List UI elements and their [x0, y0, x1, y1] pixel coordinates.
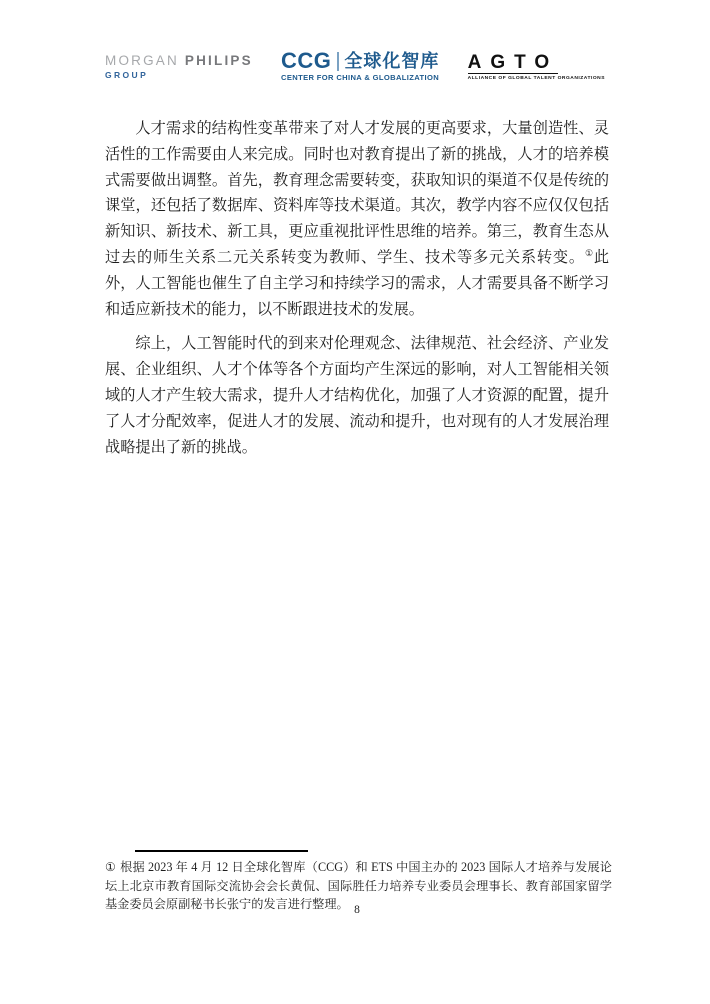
paragraph-1-text: 人才需求的结构性变革带来了对人才发展的更高要求，大量创造性、灵活性的工作需要由人… [105, 120, 609, 266]
ccg-divider-bar [337, 52, 339, 71]
paragraph-1: 人才需求的结构性变革带来了对人才发展的更高要求，大量创造性、灵活性的工作需要由人… [105, 116, 609, 322]
ccg-logo: CCG 全球化智库 CENTER FOR CHINA & GLOBALIZATI… [281, 46, 439, 82]
header-logos: MORGAN PHILIPS GROUP CCG 全球化智库 CENTER FO… [105, 46, 605, 90]
ccg-acronym-text: CCG [281, 50, 331, 72]
ccg-chinese-name: 全球化智库 [344, 52, 439, 70]
footnote-marker: ① [105, 860, 116, 874]
agto-acronym-text: AGTO [468, 53, 559, 74]
ccg-wordmark: CCG 全球化智库 [281, 50, 439, 72]
ccg-english-name: CENTER FOR CHINA & GLOBALIZATION [281, 74, 439, 82]
document-page: MORGAN PHILIPS GROUP CCG 全球化智库 CENTER FO… [0, 0, 710, 1004]
morgan-philips-group-text: GROUP [105, 71, 253, 80]
morgan-philips-wordmark: MORGAN PHILIPS [105, 54, 253, 68]
page-number: 8 [105, 904, 609, 916]
morgan-philips-logo: MORGAN PHILIPS GROUP [105, 46, 253, 79]
philips-text: PHILIPS [185, 53, 253, 68]
agto-english-name: ALLIANCE OF GLOBAL TALENT ORGANIZATIONS [468, 77, 605, 82]
paragraph-2: 综上，人工智能时代的到来对伦理观念、法律规范、社会经济、产业发展、企业组织、人才… [105, 331, 609, 460]
morgan-text: MORGAN [105, 53, 179, 68]
agto-logo: AGTO ALLIANCE OF GLOBAL TALENT ORGANIZAT… [468, 46, 605, 81]
footnote-separator-line [135, 850, 308, 852]
footnote-reference-marker[interactable]: ① [585, 248, 594, 258]
body-text-block: 人才需求的结构性变革带来了对人才发展的更高要求，大量创造性、灵活性的工作需要由人… [105, 116, 609, 460]
